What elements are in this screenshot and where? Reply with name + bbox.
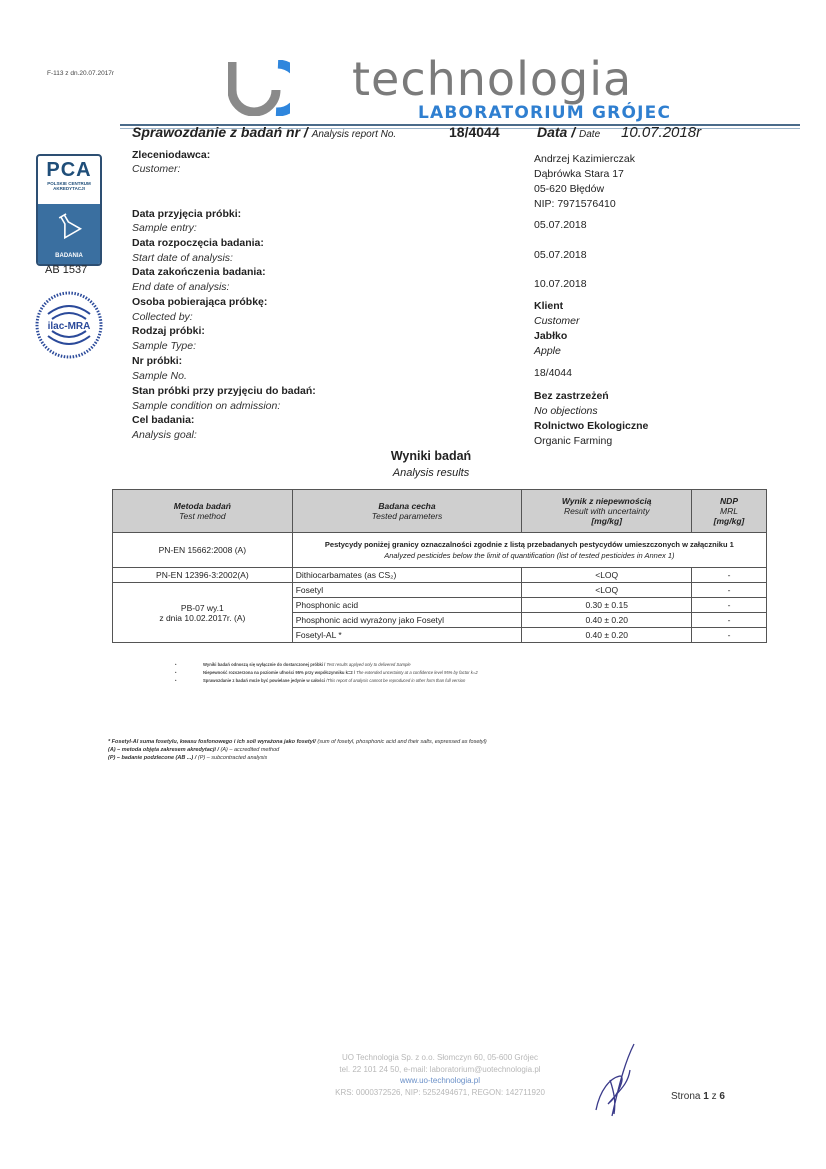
report-number: 18/4044 bbox=[449, 124, 500, 140]
collected-by-en: Customer bbox=[534, 315, 580, 327]
field-label-goal-pl: Cel badania: bbox=[132, 414, 194, 426]
results-title-pl: Wyniki badań bbox=[0, 449, 826, 463]
field-label-entry-en: Sample entry: bbox=[132, 222, 197, 234]
condition-en: No objections bbox=[534, 405, 598, 417]
form-code: F-113 z dn.20.07.2017r bbox=[47, 70, 114, 77]
report-label-pl: Sprawozdanie z badań nr / bbox=[132, 124, 308, 140]
collected-by-pl: Klient bbox=[534, 300, 563, 312]
goal-pl: Rolnictwo Ekologiczne bbox=[534, 420, 648, 432]
report-label: Sprawozdanie z badań nr / Analysis repor… bbox=[132, 124, 396, 140]
results-table: Metoda badańTest method Badana cechaTest… bbox=[112, 489, 767, 643]
result-cell: 0.30 ± 0.15 bbox=[522, 598, 692, 613]
result-cell: <LOQ bbox=[522, 583, 692, 598]
pca-subtitle-2: AKREDYTACJI bbox=[38, 186, 100, 191]
date-label: Data / Date bbox=[537, 124, 600, 140]
footnote: (P) – badanie podzlecone (AB ...) / (P) … bbox=[108, 754, 487, 762]
field-label-condition-en: Sample condition on admission: bbox=[132, 400, 280, 412]
result-cell: 0.40 ± 0.20 bbox=[522, 613, 692, 628]
customer-name: Andrzej Kazimierczak bbox=[534, 153, 635, 165]
field-label-type-en: Sample Type: bbox=[132, 340, 196, 352]
field-label-condition-pl: Stan próbki przy przyjęciu do badań: bbox=[132, 385, 316, 397]
pesticide-note-cell: Pestycydy poniżej granicy oznaczalności … bbox=[292, 533, 766, 568]
customer-city: 05-620 Błędów bbox=[534, 183, 604, 195]
signature-icon bbox=[590, 1040, 640, 1120]
results-title-en: Analysis results bbox=[0, 467, 826, 479]
param-cell: Fosetyl bbox=[292, 583, 522, 598]
date-label-en: Date bbox=[579, 129, 600, 140]
goal-en: Organic Farming bbox=[534, 435, 612, 447]
field-label-goal-en: Analysis goal: bbox=[132, 429, 197, 441]
mrl-cell: - bbox=[692, 628, 767, 643]
company-website-link[interactable]: www.uo-technologia.pl bbox=[270, 1075, 610, 1087]
company-contact: tel. 22 101 24 50, e-mail: laboratorium@… bbox=[270, 1064, 610, 1076]
date-label-pl: Data / bbox=[537, 124, 575, 140]
method-cell: PN-EN 15662:2008 (A) bbox=[113, 533, 293, 568]
field-label-collected-pl: Osoba pobierająca próbkę: bbox=[132, 296, 267, 308]
header-result: Wynik z niepewnościąResult with uncertai… bbox=[522, 490, 692, 533]
param-cell: Fosetyl-AL * bbox=[292, 628, 522, 643]
mrl-cell: - bbox=[692, 583, 767, 598]
company-footer: UO Technologia Sp. z o.o. Słomczyn 60, 0… bbox=[270, 1052, 610, 1098]
list-item: •Sprawozdanie z badań może być powielane… bbox=[175, 677, 478, 685]
uo-logo-icon bbox=[228, 60, 290, 116]
param-cell: Phosphonic acid wyrażony jako Fosetyl bbox=[292, 613, 522, 628]
sample-type-pl: Jabłko bbox=[534, 330, 567, 342]
header-mrl: NDPMRL[mg/kg] bbox=[692, 490, 767, 533]
pca-label: BADANIA bbox=[38, 253, 100, 259]
field-label-start-pl: Data rozpoczęcia badania: bbox=[132, 237, 264, 249]
table-header-row: Metoda badańTest method Badana cechaTest… bbox=[113, 490, 767, 533]
table-row: PN-EN 12396-3:2002(A) Dithiocarbamates (… bbox=[113, 568, 767, 583]
field-label-sampleno-en: Sample No. bbox=[132, 370, 187, 382]
footnotes: * Fosetyl-Al suma fosetylu, kwasu fosfon… bbox=[108, 738, 487, 762]
footnote: * Fosetyl-Al suma fosetylu, kwasu fosfon… bbox=[108, 738, 487, 746]
sample-type-en: Apple bbox=[534, 345, 561, 357]
mrl-cell: - bbox=[692, 568, 767, 583]
field-label-collected-en: Collected by: bbox=[132, 311, 193, 323]
pca-accreditation-badge: PCA POLSKIE CENTRUM AKREDYTACJI BADANIA bbox=[36, 154, 102, 266]
field-label-end-pl: Data zakończenia badania: bbox=[132, 266, 266, 278]
customer-nip: NIP: 7971576410 bbox=[534, 198, 616, 210]
field-label-sampleno-pl: Nr próbki: bbox=[132, 355, 182, 367]
logo-subtitle: LABORATORIUM GRÓJEC bbox=[418, 103, 671, 123]
report-date: 10.07.2018r bbox=[621, 124, 701, 141]
header-param: Badana cechaTested parameters bbox=[292, 490, 522, 533]
result-notes: •Wyniki badań odnoszą się wyłącznie do d… bbox=[175, 661, 478, 685]
flask-icon bbox=[54, 210, 84, 240]
method-cell: PN-EN 12396-3:2002(A) bbox=[113, 568, 293, 583]
field-label-type-pl: Rodzaj próbki: bbox=[132, 325, 205, 337]
logo-wordmark: technologia bbox=[352, 52, 632, 106]
condition-pl: Bez zastrzeżeń bbox=[534, 390, 609, 402]
method-cell: PB-07 wy.1 z dnia 10.02.2017r. (A) bbox=[113, 583, 293, 643]
sample-entry-date: 05.07.2018 bbox=[534, 219, 587, 231]
field-label-entry-pl: Data przyjęcia próbki: bbox=[132, 208, 241, 220]
field-label-start-en: Start date of analysis: bbox=[132, 252, 233, 264]
field-label-end-en: End date of analysis: bbox=[132, 281, 229, 293]
page-indicator: Strona 1 z 6 bbox=[671, 1091, 725, 1102]
result-cell: 0.40 ± 0.20 bbox=[522, 628, 692, 643]
pca-letters: PCA bbox=[38, 156, 100, 181]
table-row: PN-EN 15662:2008 (A) Pestycydy poniżej g… bbox=[113, 533, 767, 568]
company-registry: KRS: 0000372526, NIP: 5252494671, REGON:… bbox=[270, 1087, 610, 1099]
list-item: •Niepewność rozszerzona na poziomie ufno… bbox=[175, 669, 478, 677]
company-address: UO Technologia Sp. z o.o. Słomczyn 60, 0… bbox=[270, 1052, 610, 1064]
end-date: 10.07.2018 bbox=[534, 278, 587, 290]
table-row: PB-07 wy.1 z dnia 10.02.2017r. (A) Foset… bbox=[113, 583, 767, 598]
field-label-customer-pl: Zleceniodawca: bbox=[132, 149, 210, 161]
start-date: 05.07.2018 bbox=[534, 249, 587, 261]
param-cell: Dithiocarbamates (as CS₂) bbox=[292, 568, 522, 583]
svg-text:ilac-MRA: ilac-MRA bbox=[48, 321, 91, 332]
customer-street: Dąbrówka Stara 17 bbox=[534, 168, 624, 180]
header-method: Metoda badańTest method bbox=[113, 490, 293, 533]
footnote: (A) – metoda objęta zakresem akredytacji… bbox=[108, 746, 487, 754]
param-cell: Phosphonic acid bbox=[292, 598, 522, 613]
report-label-en: Analysis report No. bbox=[312, 129, 396, 140]
mrl-cell: - bbox=[692, 613, 767, 628]
mrl-cell: - bbox=[692, 598, 767, 613]
accreditation-number: AB 1537 bbox=[45, 264, 87, 276]
sample-number: 18/4044 bbox=[534, 367, 572, 379]
list-item: •Wyniki badań odnoszą się wyłącznie do d… bbox=[175, 661, 478, 669]
ilac-mra-icon: ilac-MRA bbox=[34, 290, 104, 360]
field-label-customer-en: Customer: bbox=[132, 163, 180, 175]
result-cell: <LOQ bbox=[522, 568, 692, 583]
